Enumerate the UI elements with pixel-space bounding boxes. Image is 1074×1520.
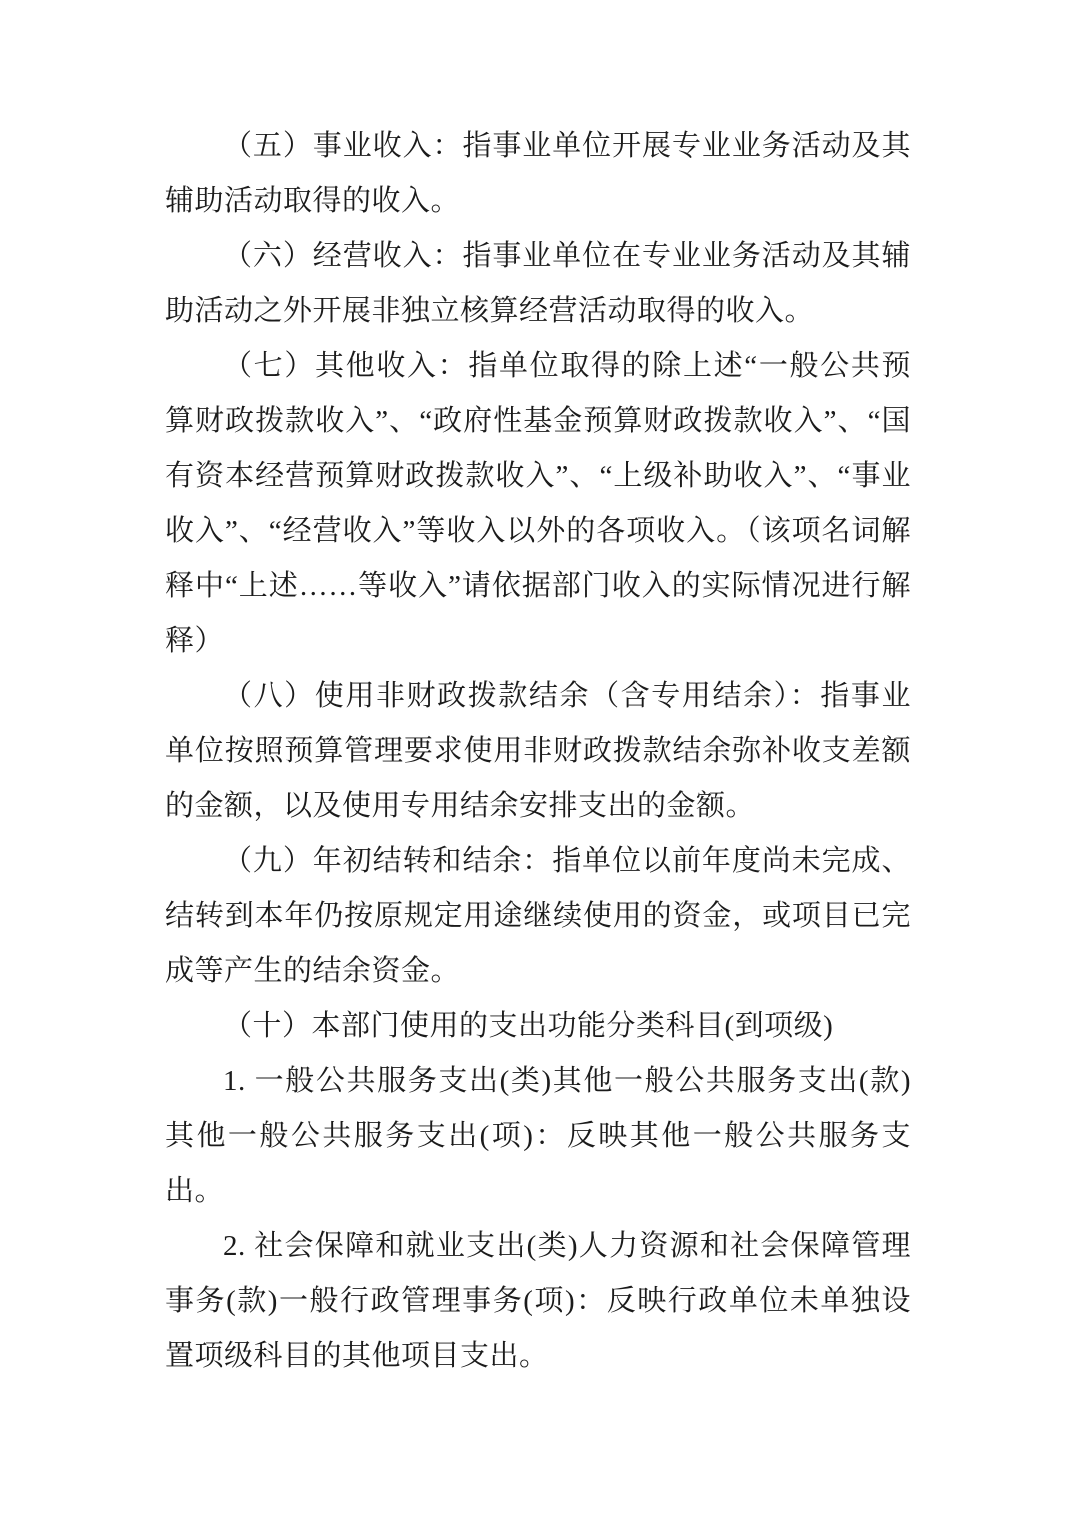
paragraph-item-8: （八）使用非财政拨款结余（含专用结余）：指事业单位按照预算管理要求使用非财政拨款… xyxy=(165,669,911,834)
paragraph-item-9: （九）年初结转和结余：指单位以前年度尚未完成、结转到本年仍按原规定用途继续使用的… xyxy=(165,834,911,999)
paragraph-item-10: （十）本部门使用的支出功能分类科目(到项级) xyxy=(165,999,911,1054)
paragraph-subitem-1: 1. 一般公共服务支出(类)其他一般公共服务支出(款)其他一般公共服务支出(项)… xyxy=(165,1054,911,1219)
paragraph-item-6: （六）经营收入：指事业单位在专业业务活动及其辅助活动之外开展非独立核算经营活动取… xyxy=(165,229,911,339)
paragraph-subitem-2: 2. 社会保障和就业支出(类)人力资源和社会保障管理事务(款)一般行政管理事务(… xyxy=(165,1219,911,1384)
paragraph-item-7: （七）其他收入：指单位取得的除上述“一般公共预算财政拨款收入”、“政府性基金预算… xyxy=(165,339,911,669)
document-text-block: （五）事业收入：指事业单位开展专业业务活动及其辅助活动取得的收入。 （六）经营收… xyxy=(165,119,911,1384)
paragraph-item-5: （五）事业收入：指事业单位开展专业业务活动及其辅助活动取得的收入。 xyxy=(165,119,911,229)
document-page: （五）事业收入：指事业单位开展专业业务活动及其辅助活动取得的收入。 （六）经营收… xyxy=(0,0,1074,1520)
